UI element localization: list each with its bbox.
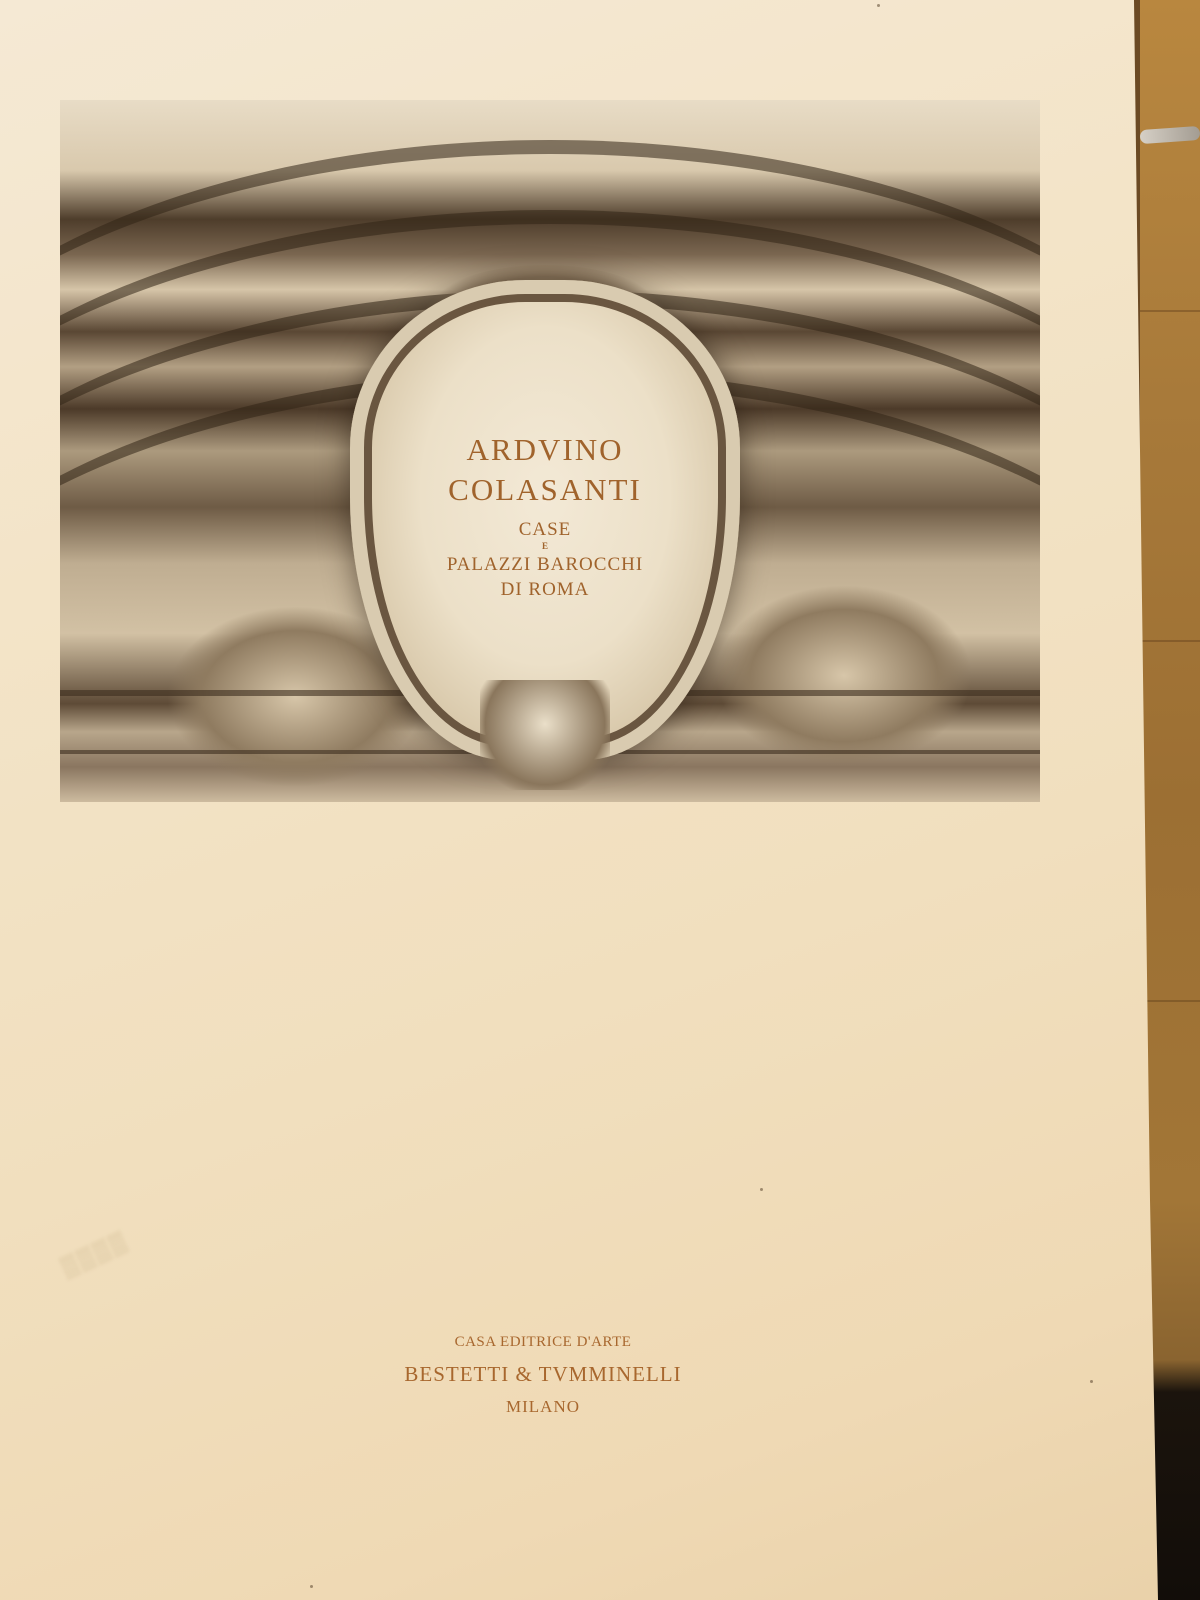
wood-grain	[1140, 310, 1200, 312]
paper-speck	[1090, 1380, 1093, 1383]
paper-speck	[877, 4, 880, 7]
publisher-name: BESTETTI & TVMMINELLI	[0, 1362, 1086, 1387]
cartouche-pendant	[480, 680, 610, 790]
title-line-2: PALAZZI BAROCCHI	[400, 553, 690, 576]
author-first-name: ARDVINO	[400, 430, 690, 470]
title-page: ARDVINO COLASANTI CASE E PALAZZI BAROCCH…	[0, 0, 1158, 1600]
publisher-house: CASA EDITRICE D'ARTE	[0, 1334, 1086, 1351]
title-line-1: CASE	[400, 518, 690, 541]
faint-stamp-mark: ▒▒▒▒	[57, 1207, 183, 1294]
wood-grain	[1140, 640, 1200, 642]
frontispiece-plate: ARDVINO COLASANTI CASE E PALAZZI BAROCCH…	[60, 100, 1040, 802]
author-last-name: COLASANTI	[400, 470, 690, 510]
paper-speck	[760, 1188, 763, 1191]
title-line-3: DI ROMA	[400, 578, 690, 601]
title-conjunction: E	[400, 541, 690, 551]
publisher-city: MILANO	[0, 1397, 1086, 1417]
paper-speck	[310, 1585, 313, 1588]
title-block: ARDVINO COLASANTI CASE E PALAZZI BAROCCH…	[400, 430, 690, 601]
wood-grain	[1140, 1000, 1200, 1002]
